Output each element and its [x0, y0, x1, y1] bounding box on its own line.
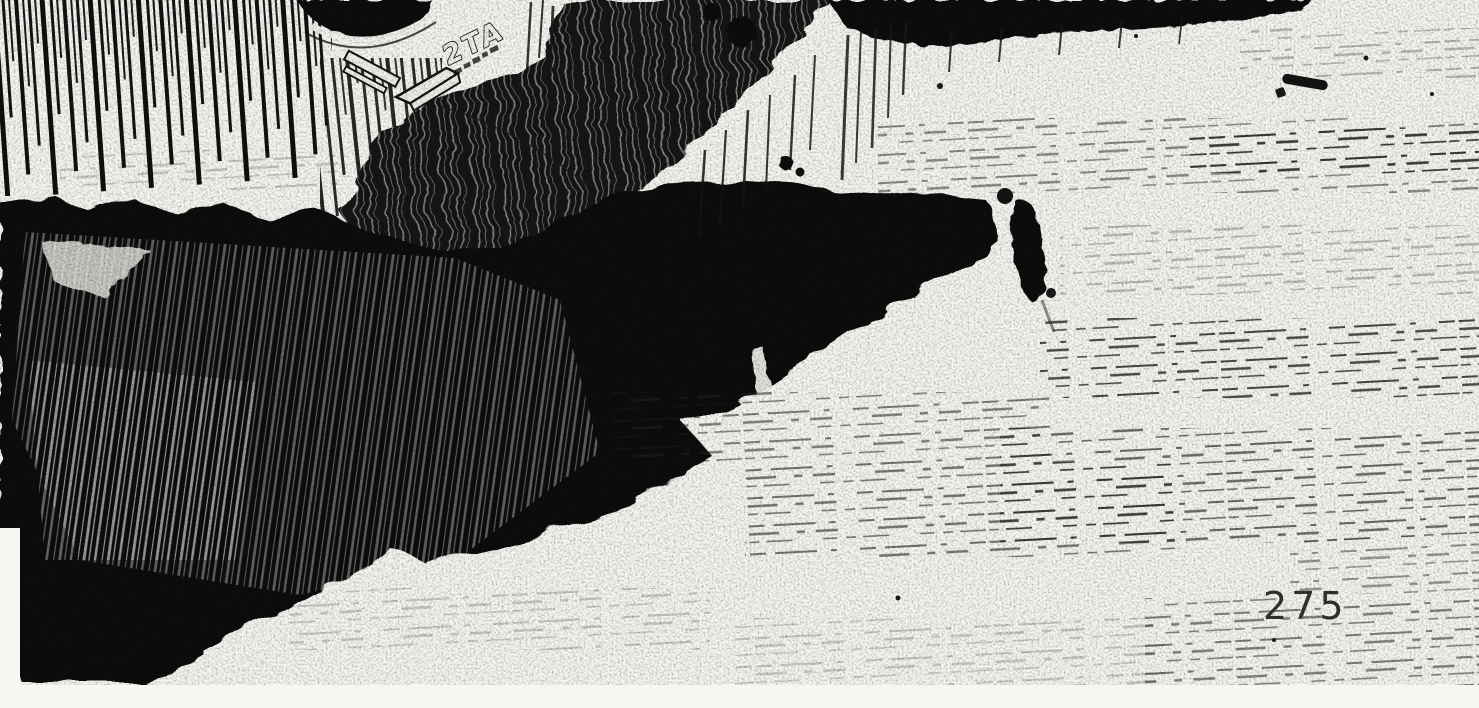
scanned-photo-page: 2TA 275 — [0, 0, 1479, 708]
page-left-margin — [0, 528, 20, 688]
photocopy-noise-overlay — [0, 0, 1479, 708]
page-number: 275 — [1263, 584, 1348, 628]
page-bottom-margin — [0, 685, 1479, 708]
halftone-photo-canvas: 2TA 275 — [0, 0, 1479, 708]
